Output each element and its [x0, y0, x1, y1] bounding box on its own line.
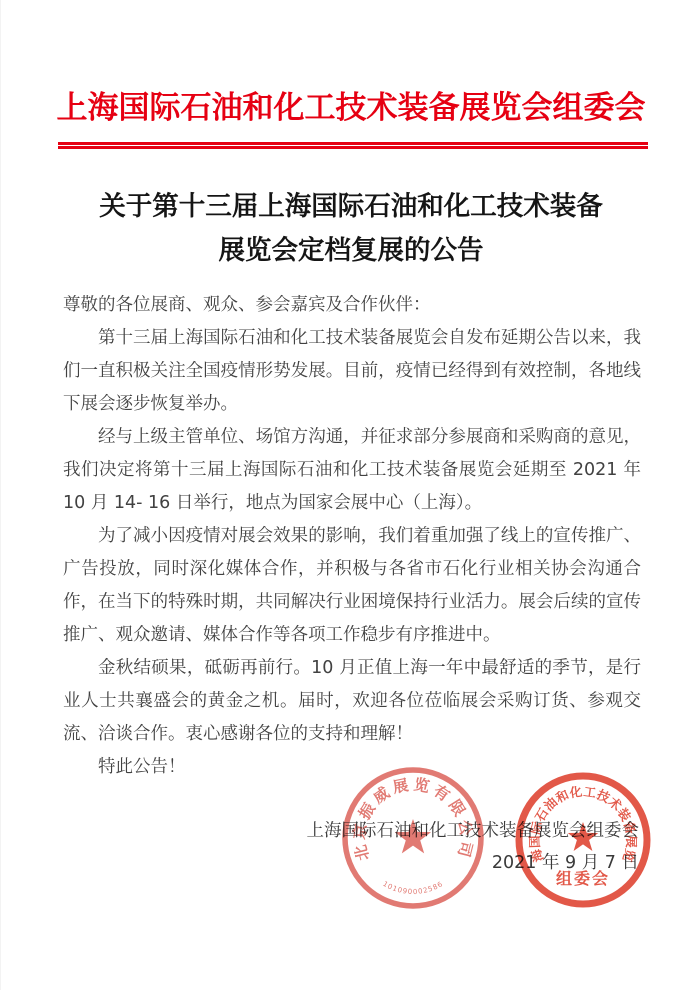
company-seal: 北京振威展览有限公司 11010900025867 [338, 763, 488, 913]
committee-seal: 上海国际石油和化工技术装备展览会 组委会 [513, 770, 653, 910]
doc-title-line1: 关于第十三届上海国际石油和化工技术装备 [1, 184, 700, 228]
paragraph: 为了减小因疫情对展会效果的影响，我们着重加强了线上的宣传推广、广告投放，同时深化… [63, 520, 641, 652]
star-icon [395, 819, 431, 853]
doc-title-line2: 展览会定档复展的公告 [1, 228, 700, 272]
letterhead-org-name: 上海国际石油和化工技术装备展览会组委会 [1, 84, 700, 132]
doc-body: 尊敬的各位展商、观众、参会嘉宾及合作伙伴： 第十三届上海国际石油和化工技术装备展… [63, 289, 641, 784]
paragraph: 经与上级主管单位、场馆方沟通，并征求部分参展商和采购商的意见，我们决定将第十三届… [63, 421, 641, 520]
seal-bottom-label: 组委会 [556, 869, 610, 888]
paragraph: 金秋结硕果，砥砺再前行。10 月正值上海一年中最舒适的季节，是行业人士共襄盛会的… [63, 652, 641, 751]
salutation: 尊敬的各位展商、观众、参会嘉宾及合作伙伴： [63, 289, 641, 322]
star-icon [568, 822, 598, 851]
doc-title: 关于第十三届上海国际石油和化工技术装备 展览会定档复展的公告 [1, 184, 700, 272]
announcement-page: 上海国际石油和化工技术装备展览会组委会 关于第十三届上海国际石油和化工技术装备 … [0, 0, 700, 990]
letterhead-divider [58, 142, 648, 149]
paragraph: 第十三届上海国际石油和化工技术装备展览会自发布延期公告以来，我们一直积极关注全国… [63, 322, 641, 421]
